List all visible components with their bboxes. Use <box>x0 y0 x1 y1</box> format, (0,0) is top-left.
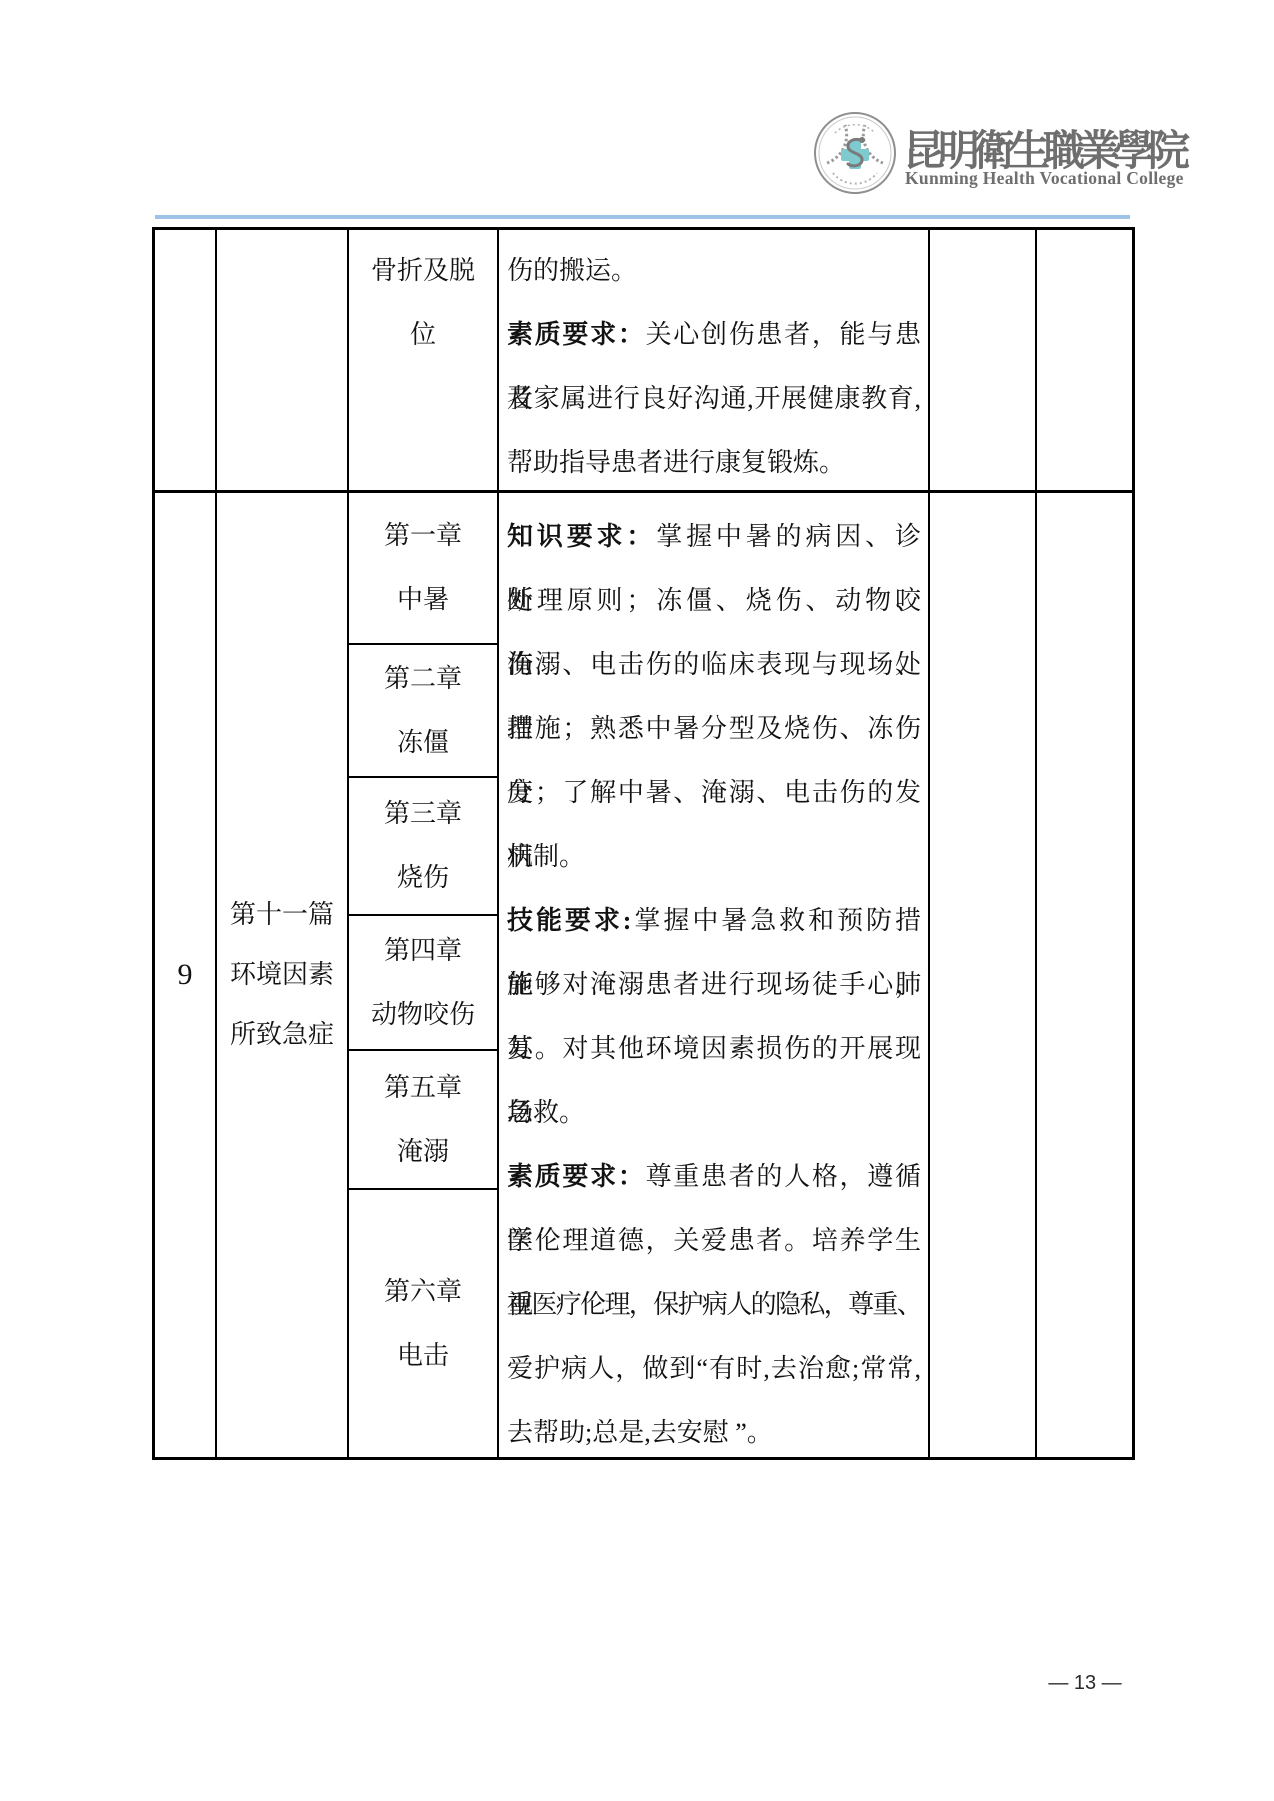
content-text: 视医疗伦理，保护病人的隐私，尊重、 <box>507 1290 921 1319</box>
chapter-number: 第二章 <box>384 647 462 711</box>
content-text: 机制。 <box>507 842 585 871</box>
college-name-zh: 昆明衛生職業學院 <box>903 118 1193 172</box>
row1-chapter-cell: 骨折及脱 位 <box>347 239 499 367</box>
chapter-title: 冻僵 <box>397 711 449 775</box>
chapter-title: 中暑 <box>397 568 449 632</box>
content-line: 技能要求:掌握中暑急救和预防措施， <box>507 889 921 953</box>
chapter-line: 位 <box>347 303 499 367</box>
content-line: 措施；熟悉中暑分型及烧伤、冻伤分 <box>507 697 921 761</box>
content-line: 机制。 <box>507 825 921 889</box>
content-line: 伤的搬运。 <box>507 239 921 303</box>
chapter-cell: 第二章 冻僵 <box>347 645 499 778</box>
content-line: 淹溺、电击伤的临床表现与现场处理 <box>507 633 921 697</box>
content-line: 苏。对其他环境因素损伤的开展现场 <box>507 1017 921 1081</box>
requirement-label: 素质要求： <box>507 320 646 349</box>
chapter-cell: 第四章 动物咬伤 <box>347 916 499 1051</box>
unit-title-cell: 第十一篇 环境因素 所致急症 <box>217 493 347 1457</box>
chapter-number: 第一章 <box>384 504 462 568</box>
content-text: 帮助指导患者进行康复锻炼。 <box>507 448 845 477</box>
column-divider <box>928 230 930 1457</box>
row1-requirements-cell: 伤的搬运。 素质要求：关心创伤患者，能与患者 及家属进行良好沟通,开展健康教育,… <box>507 239 921 495</box>
college-name-en: Kunming Health Vocational College <box>905 168 1185 190</box>
page-number: — 13 — <box>1030 1672 1140 1698</box>
chapter-cell: 第三章 烧伤 <box>347 778 499 916</box>
chapter-cell: 第五章 淹溺 <box>347 1051 499 1190</box>
row2-requirements-cell: 知识要求：掌握中暑的病因、诊断、 处理原则；冻僵、烧伤、动物咬伤、 淹溺、电击伤… <box>507 505 921 1465</box>
college-seal-icon <box>813 111 897 195</box>
chapter-number: 第五章 <box>384 1056 462 1120</box>
content-line: 处理原则；冻僵、烧伤、动物咬伤、 <box>507 569 921 633</box>
row-index-cell: 9 <box>155 493 215 1457</box>
unit-title-line: 环境因素 <box>230 945 334 1005</box>
course-outline-table: 骨折及脱 位 伤的搬运。 素质要求：关心创伤患者，能与患者 及家属进行良好沟通,… <box>152 227 1135 1460</box>
chapter-line: 骨折及脱 <box>347 239 499 303</box>
content-line: 爱护病人，做到“有时,去治愈;常常, <box>507 1337 921 1401</box>
requirement-label: 技能要求: <box>507 906 631 935</box>
chapter-column: 第一章 中暑 第二章 冻僵 第三章 烧伤 第四章 动物咬伤 第五章 淹溺 第六章… <box>347 493 499 1457</box>
document-page: 昆明衛生職業學院 Kunming Health Vocational Colle… <box>0 0 1274 1801</box>
chapter-cell: 第一章 中暑 <box>347 493 499 645</box>
chapter-title: 淹溺 <box>397 1120 449 1184</box>
content-line: 素质要求：尊重患者的人格，遵循医 <box>507 1145 921 1209</box>
unit-title-line: 第十一篇 <box>230 885 334 945</box>
column-divider <box>1035 230 1037 1457</box>
content-text: 爱护病人，做到“有时,去治愈;常常, <box>507 1354 921 1383</box>
content-line: 急救。 <box>507 1081 921 1145</box>
content-line: 学伦理道德，关爱患者。培养学生重 <box>507 1209 921 1273</box>
content-text: 伤的搬运。 <box>507 256 637 285</box>
content-text: 及家属进行良好沟通,开展健康教育, <box>507 384 921 413</box>
content-line: 能够对淹溺患者进行现场徒手心肺复 <box>507 953 921 1017</box>
chapter-title: 电击 <box>397 1324 449 1388</box>
unit-title-line: 所致急症 <box>230 1005 334 1065</box>
header-divider-rule <box>155 215 1130 219</box>
content-line: 度；了解中暑、淹溺、电击伤的发病 <box>507 761 921 825</box>
content-line: 帮助指导患者进行康复锻炼。 <box>507 431 921 495</box>
content-line: 视医疗伦理，保护病人的隐私，尊重、 <box>507 1273 921 1337</box>
requirement-label: 素质要求： <box>507 1162 646 1191</box>
chapter-number: 第三章 <box>384 782 462 846</box>
content-text: 急救。 <box>507 1098 585 1127</box>
requirement-label: 知识要求： <box>507 522 656 551</box>
content-line: 及家属进行良好沟通,开展健康教育, <box>507 367 921 431</box>
chapter-cell: 第六章 电击 <box>347 1190 499 1457</box>
chapter-number: 第六章 <box>384 1260 462 1324</box>
chapter-number: 第四章 <box>384 919 462 983</box>
chapter-title: 烧伤 <box>397 846 449 910</box>
content-line: 知识要求：掌握中暑的病因、诊断、 <box>507 505 921 569</box>
content-text: 去帮助;总是,去安慰 ”。 <box>507 1418 773 1447</box>
content-line: 去帮助;总是,去安慰 ”。 <box>507 1401 921 1465</box>
content-line: 素质要求：关心创伤患者，能与患者 <box>507 303 921 367</box>
chapter-title: 动物咬伤 <box>371 983 475 1047</box>
